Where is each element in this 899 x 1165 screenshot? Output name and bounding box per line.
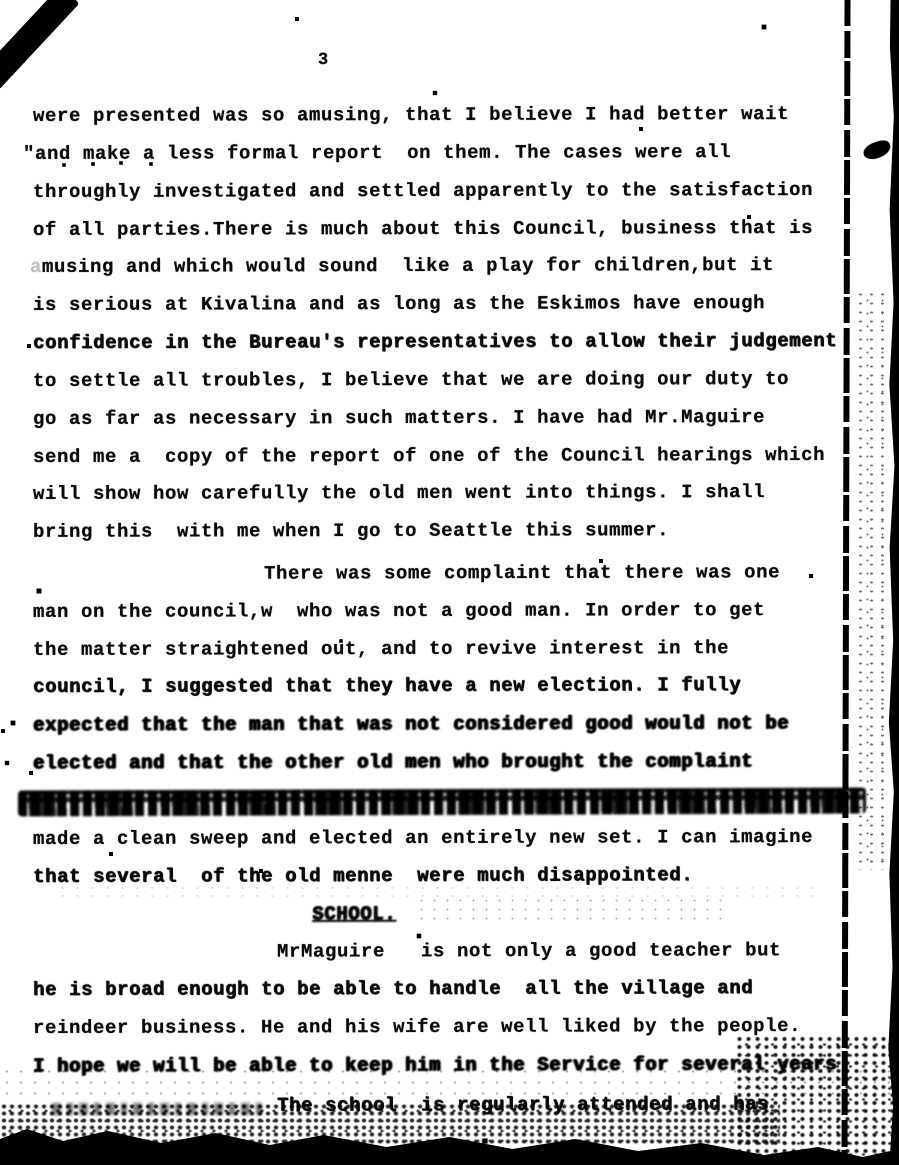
- text-line: reindeer business. He and his wife are w…: [33, 1017, 801, 1038]
- text-line: bring this with me when I go to Seattle …: [33, 521, 669, 542]
- document-page: 3 were presented was so amusing, that I …: [0, 0, 899, 1165]
- text-line: MrMaguire is not only a good teacher but: [277, 941, 781, 961]
- right-speckle-artifact: [855, 290, 889, 870]
- right-ink-blob-artifact: [861, 138, 893, 162]
- text-line: man on the council,w who was not a good …: [33, 601, 765, 622]
- text-line: There was some complaint that there was …: [264, 563, 780, 583]
- text-line: were presented was so amusing, that I be…: [33, 105, 789, 126]
- text-line: expected that the man that was not consi…: [33, 714, 789, 735]
- text-line: to settle all troubles, I believe that w…: [33, 370, 789, 391]
- page-number: 3: [318, 52, 329, 69]
- text-line: council, I suggested that they have a ne…: [33, 676, 741, 697]
- section-heading-school: SCHOOL.: [312, 905, 396, 924]
- text-line: of all parties.There is much about this …: [33, 219, 813, 240]
- right-streak-artifact: [841, 0, 850, 1165]
- text-line: he is broad enough to be able to handle …: [33, 979, 753, 1000]
- text-line: amusing and which would sound like a pla…: [30, 256, 774, 277]
- text-line: made a clean sweep and elected an entire…: [33, 828, 813, 849]
- text-line: the matter straightened out, and to revi…: [33, 639, 729, 660]
- text-line: confidence in the Bureau's representativ…: [33, 332, 837, 353]
- text-line: go as far as necessary in such matters. …: [33, 408, 765, 429]
- text-line: "and make a less formal report on them. …: [23, 143, 731, 164]
- text-line: throughly investigated and settled appar…: [33, 181, 813, 202]
- text-line: send me a copy of the report of one of t…: [33, 446, 825, 467]
- overstruck-line-artifact: [18, 788, 866, 817]
- bottom-right-speckle-artifact: [735, 1035, 899, 1165]
- heading-speckle-artifact: [415, 896, 725, 920]
- text-line: elected and that the other old men who b…: [33, 752, 753, 773]
- line-speckle-artifact: [55, 884, 815, 897]
- corner-fold-artifact: [0, 0, 79, 90]
- text-line: will show how carefully the old men went…: [33, 483, 765, 504]
- ink-speck-artifacts: [0, 0, 2, 2]
- text-line: is serious at Kivalina and as long as th…: [33, 294, 765, 315]
